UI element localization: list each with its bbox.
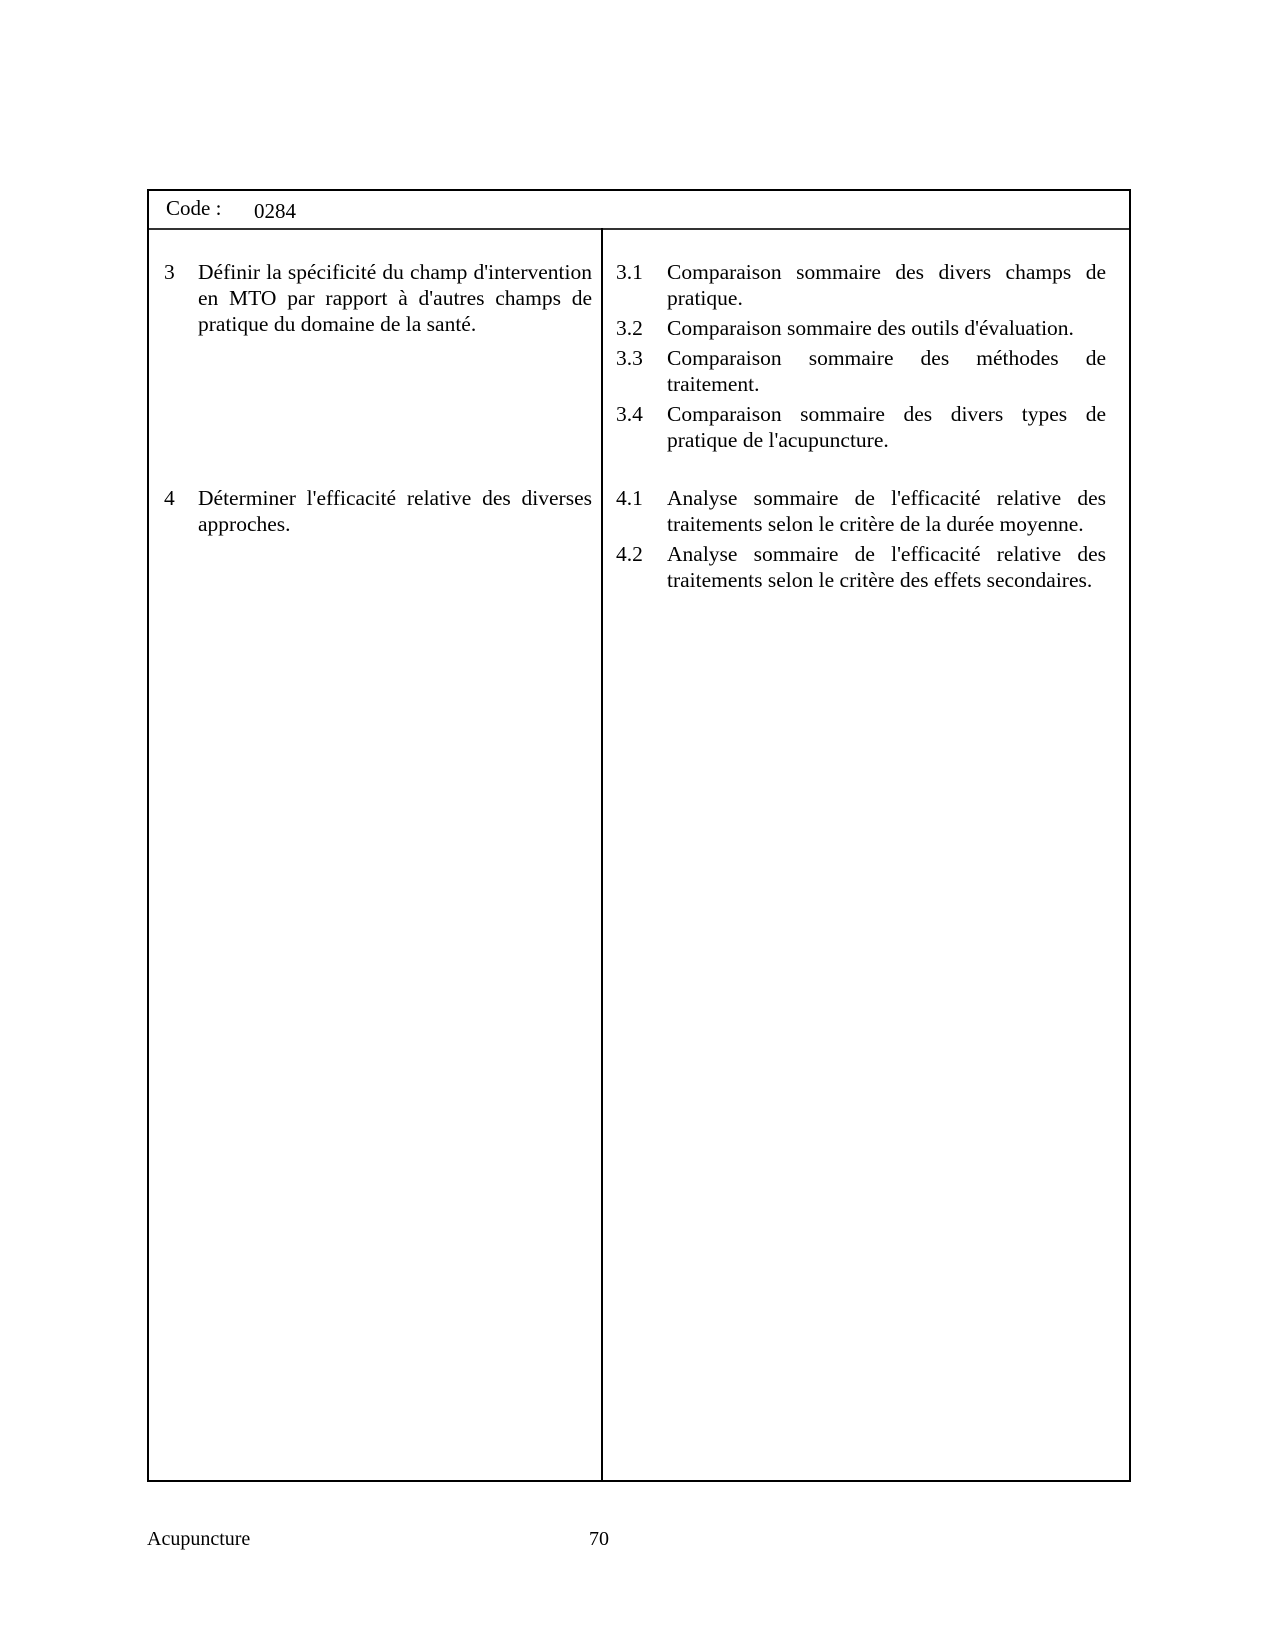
objective-number: 4 [164,485,175,511]
code-value: 0284 [254,198,296,224]
table-header: Code : 0284 [149,191,1129,230]
objective-number: 3 [164,259,175,285]
criterion-text: Analyse sommaire de l'efficacité relativ… [667,485,1106,537]
page-number: 70 [589,1527,609,1551]
criterion-text: Analyse sommaire de l'efficacité relativ… [667,541,1106,593]
criterion-text: Comparaison sommaire des divers types de… [667,401,1106,453]
criterion-number: 4.1 [616,485,643,511]
criterion-number: 3.2 [616,315,643,341]
column-divider [601,228,603,1480]
criterion-text: Comparaison sommaire des divers champs d… [667,259,1106,311]
objective-text: Définir la spécificité du champ d'inter­… [198,259,592,337]
criterion-text: Comparaison sommaire des méthodes de tra… [667,345,1106,397]
objective-text: Déterminer l'efficacité relative des div… [198,485,592,537]
competency-table: Code : 0284 3 Définir la spécificité du … [147,189,1131,1482]
criterion-number: 3.3 [616,345,643,371]
code-label: Code : [166,195,221,221]
criterion-number: 3.4 [616,401,643,427]
criterion-number: 4.2 [616,541,643,567]
footer-title: Acupuncture [147,1527,250,1551]
criterion-text: Comparaison sommaire des outils d'évalua… [667,315,1106,341]
criterion-number: 3.1 [616,259,643,285]
